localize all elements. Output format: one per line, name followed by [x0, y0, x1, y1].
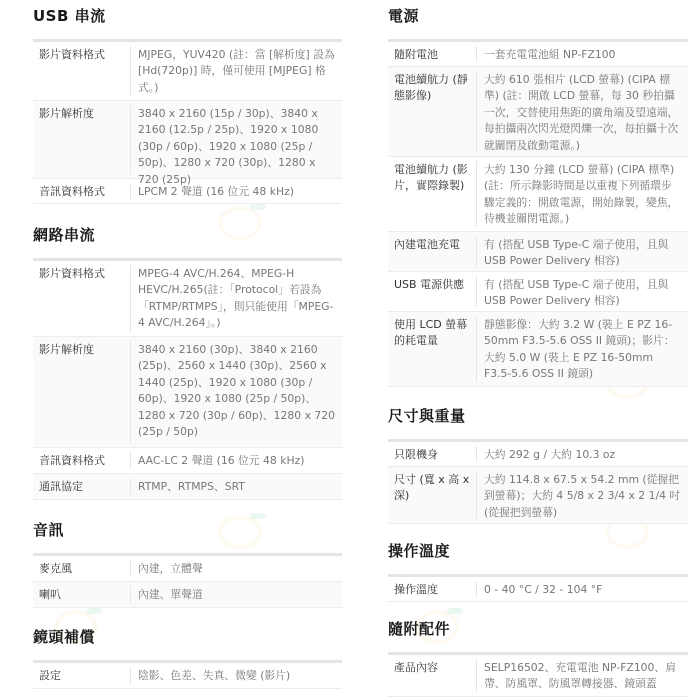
spec-label: 電池續航力 (影片，實際錄製)	[388, 157, 476, 231]
spec-table: 隨附電池 一套充電電池組 NP-FZ100 電池續航力 (靜態影像) 大約 61…	[388, 39, 688, 387]
section-network-streaming: 網路串流 影片資料格式 MPEG-4 AVC/H.264、MPEG-H HEVC…	[33, 224, 342, 500]
table-row: 影片解析度 3840 x 2160 (15p / 30p)、3840 x 216…	[33, 101, 342, 179]
spec-label: 影片解析度	[33, 101, 130, 178]
spec-table: 產品內容 SELP16502、充電電池 NP-FZ100、肩帶、防風罩、防風罩轉…	[388, 652, 688, 697]
table-row: 影片資料格式 MJPEG，YUV420 (註：當 [解析度] 設為 [Hd(72…	[33, 42, 342, 101]
spec-label: 尺寸 (寬 x 高 x 深)	[388, 467, 476, 523]
section-lens-compensation: 鏡頭補償 設定 陰影、色差、失真、微變 (影片)	[33, 626, 342, 689]
section-included-accessories: 隨附配件 產品內容 SELP16502、充電電池 NP-FZ100、肩帶、防風罩…	[388, 618, 688, 697]
spec-label: 隨附電池	[388, 42, 476, 66]
spec-label: 操作溫度	[388, 577, 476, 601]
table-row: 麥克風 內建，立體聲	[33, 556, 342, 582]
table-row: 影片解析度 3840 x 2160 (30p)、3840 x 2160 (25p…	[33, 337, 342, 448]
section-title: 音訊	[33, 519, 342, 541]
spec-label: 麥克風	[33, 556, 130, 581]
table-row: 內建電池充電 有 (搭配 USB Type-C 端子使用，且與 USB Powe…	[388, 232, 688, 272]
spec-value: 有 (搭配 USB Type-C 端子使用，且與 USB Power Deliv…	[477, 232, 688, 271]
section-title: 鏡頭補償	[33, 626, 342, 648]
spec-table: 操作溫度 0 - 40 °C / 32 - 104 °F	[388, 574, 688, 602]
table-row: 喇叭 內建、單聲道	[33, 582, 342, 608]
spec-value: 0 - 40 °C / 32 - 104 °F	[477, 577, 688, 601]
spec-value: SELP16502、充電電池 NP-FZ100、肩帶、防風罩、防風罩轉接器、鏡頭…	[477, 655, 688, 696]
spec-label: 影片資料格式	[33, 261, 130, 336]
table-row: 操作溫度 0 - 40 °C / 32 - 104 °F	[388, 577, 688, 602]
spec-label: 使用 LCD 螢幕的耗電量	[388, 312, 476, 386]
spec-label: 影片解析度	[33, 337, 130, 447]
section-size-weight: 尺寸與重量 只限機身 大約 292 g / 大約 10.3 oz 尺寸 (寬 x…	[388, 405, 688, 524]
spec-label: 內建電池充電	[388, 232, 476, 271]
spec-label: 喇叭	[33, 582, 130, 607]
table-row: 使用 LCD 螢幕的耗電量 靜態影像：大約 3.2 W (裝上 E PZ 16-…	[388, 312, 688, 387]
spec-table: 麥克風 內建，立體聲 喇叭 內建、單聲道	[33, 553, 342, 608]
spec-label: 影片資料格式	[33, 42, 130, 100]
table-row: 電池續航力 (影片，實際錄製) 大約 130 分鐘 (LCD 螢幕) (CIPA…	[388, 157, 688, 232]
spec-value: 大約 130 分鐘 (LCD 螢幕) (CIPA 標準) (註：所示錄影時間是以…	[477, 157, 688, 231]
section-title: 尺寸與重量	[388, 405, 688, 427]
spec-value: MPEG-4 AVC/H.264、MPEG-H HEVC/H.265(註：「Pr…	[131, 261, 342, 336]
spec-value: 大約 114.8 x 67.5 x 54.2 mm (從握把到螢幕)；大約 4 …	[477, 467, 688, 523]
section-audio: 音訊 麥克風 內建，立體聲 喇叭 內建、單聲道	[33, 519, 342, 608]
section-usb-streaming: USB 串流 影片資料格式 MJPEG，YUV420 (註：當 [解析度] 設為…	[33, 5, 342, 204]
spec-label: 設定	[33, 663, 130, 688]
spec-value: 內建、單聲道	[131, 582, 342, 607]
spec-value: AAC-LC 2 聲道 (16 位元 48 kHz)	[131, 448, 342, 473]
spec-value: 3840 x 2160 (30p)、3840 x 2160 (25p)、2560…	[131, 337, 342, 447]
section-title: 電源	[388, 5, 688, 27]
section-title: 隨附配件	[388, 618, 688, 640]
table-row: 音訊資料格式 LPCM 2 聲道 (16 位元 48 kHz)	[33, 179, 342, 204]
spec-table: 影片資料格式 MJPEG，YUV420 (註：當 [解析度] 設為 [Hd(72…	[33, 39, 342, 204]
spec-label: 產品內容	[388, 655, 476, 696]
section-title: 網路串流	[33, 224, 342, 246]
spec-value: 靜態影像：大約 3.2 W (裝上 E PZ 16-50mm F3.5-5.6 …	[477, 312, 688, 386]
spec-value: RTMP、RTMPS、SRT	[131, 474, 342, 499]
table-row: 通訊協定 RTMP、RTMPS、SRT	[33, 474, 342, 500]
spec-table: 只限機身 大約 292 g / 大約 10.3 oz 尺寸 (寬 x 高 x 深…	[388, 439, 688, 524]
spec-value: MJPEG，YUV420 (註：當 [解析度] 設為 [Hd(720p)] 時，…	[131, 42, 342, 100]
spec-table: 設定 陰影、色差、失真、微變 (影片)	[33, 660, 342, 689]
spec-value: 一套充電電池組 NP-FZ100	[477, 42, 688, 66]
spec-value: 有 (搭配 USB Type-C 端子使用，且與 USB Power Deliv…	[477, 272, 688, 311]
section-power: 電源 隨附電池 一套充電電池組 NP-FZ100 電池續航力 (靜態影像) 大約…	[388, 5, 688, 387]
table-row: 只限機身 大約 292 g / 大約 10.3 oz	[388, 442, 688, 467]
spec-value: 大約 610 張相片 (LCD 螢幕) (CIPA 標準) (註：開啟 LCD …	[477, 67, 688, 156]
table-row: 電池續航力 (靜態影像) 大約 610 張相片 (LCD 螢幕) (CIPA 標…	[388, 67, 688, 157]
spec-value: 大約 292 g / 大約 10.3 oz	[477, 442, 688, 466]
spec-value: 3840 x 2160 (15p / 30p)、3840 x 2160 (12.…	[131, 101, 342, 178]
spec-label: 音訊資料格式	[33, 179, 130, 203]
table-row: 隨附電池 一套充電電池組 NP-FZ100	[388, 42, 688, 67]
table-row: 音訊資料格式 AAC-LC 2 聲道 (16 位元 48 kHz)	[33, 448, 342, 474]
table-row: USB 電源供應 有 (搭配 USB Type-C 端子使用，且與 USB Po…	[388, 272, 688, 312]
spec-value: 陰影、色差、失真、微變 (影片)	[131, 663, 342, 688]
table-row: 尺寸 (寬 x 高 x 深) 大約 114.8 x 67.5 x 54.2 mm…	[388, 467, 688, 524]
section-title: USB 串流	[33, 5, 342, 27]
table-row: 設定 陰影、色差、失真、微變 (影片)	[33, 663, 342, 689]
table-row: 影片資料格式 MPEG-4 AVC/H.264、MPEG-H HEVC/H.26…	[33, 261, 342, 337]
spec-value: LPCM 2 聲道 (16 位元 48 kHz)	[131, 179, 342, 203]
section-title: 操作溫度	[388, 540, 688, 562]
spec-label: 只限機身	[388, 442, 476, 466]
spec-label: 通訊協定	[33, 474, 130, 499]
spec-label: 音訊資料格式	[33, 448, 130, 473]
spec-label: USB 電源供應	[388, 272, 476, 311]
table-row: 產品內容 SELP16502、充電電池 NP-FZ100、肩帶、防風罩、防風罩轉…	[388, 655, 688, 697]
spec-label: 電池續航力 (靜態影像)	[388, 67, 476, 156]
spec-table: 影片資料格式 MPEG-4 AVC/H.264、MPEG-H HEVC/H.26…	[33, 258, 342, 500]
section-operating-temperature: 操作溫度 操作溫度 0 - 40 °C / 32 - 104 °F	[388, 540, 688, 602]
spec-value: 內建，立體聲	[131, 556, 342, 581]
